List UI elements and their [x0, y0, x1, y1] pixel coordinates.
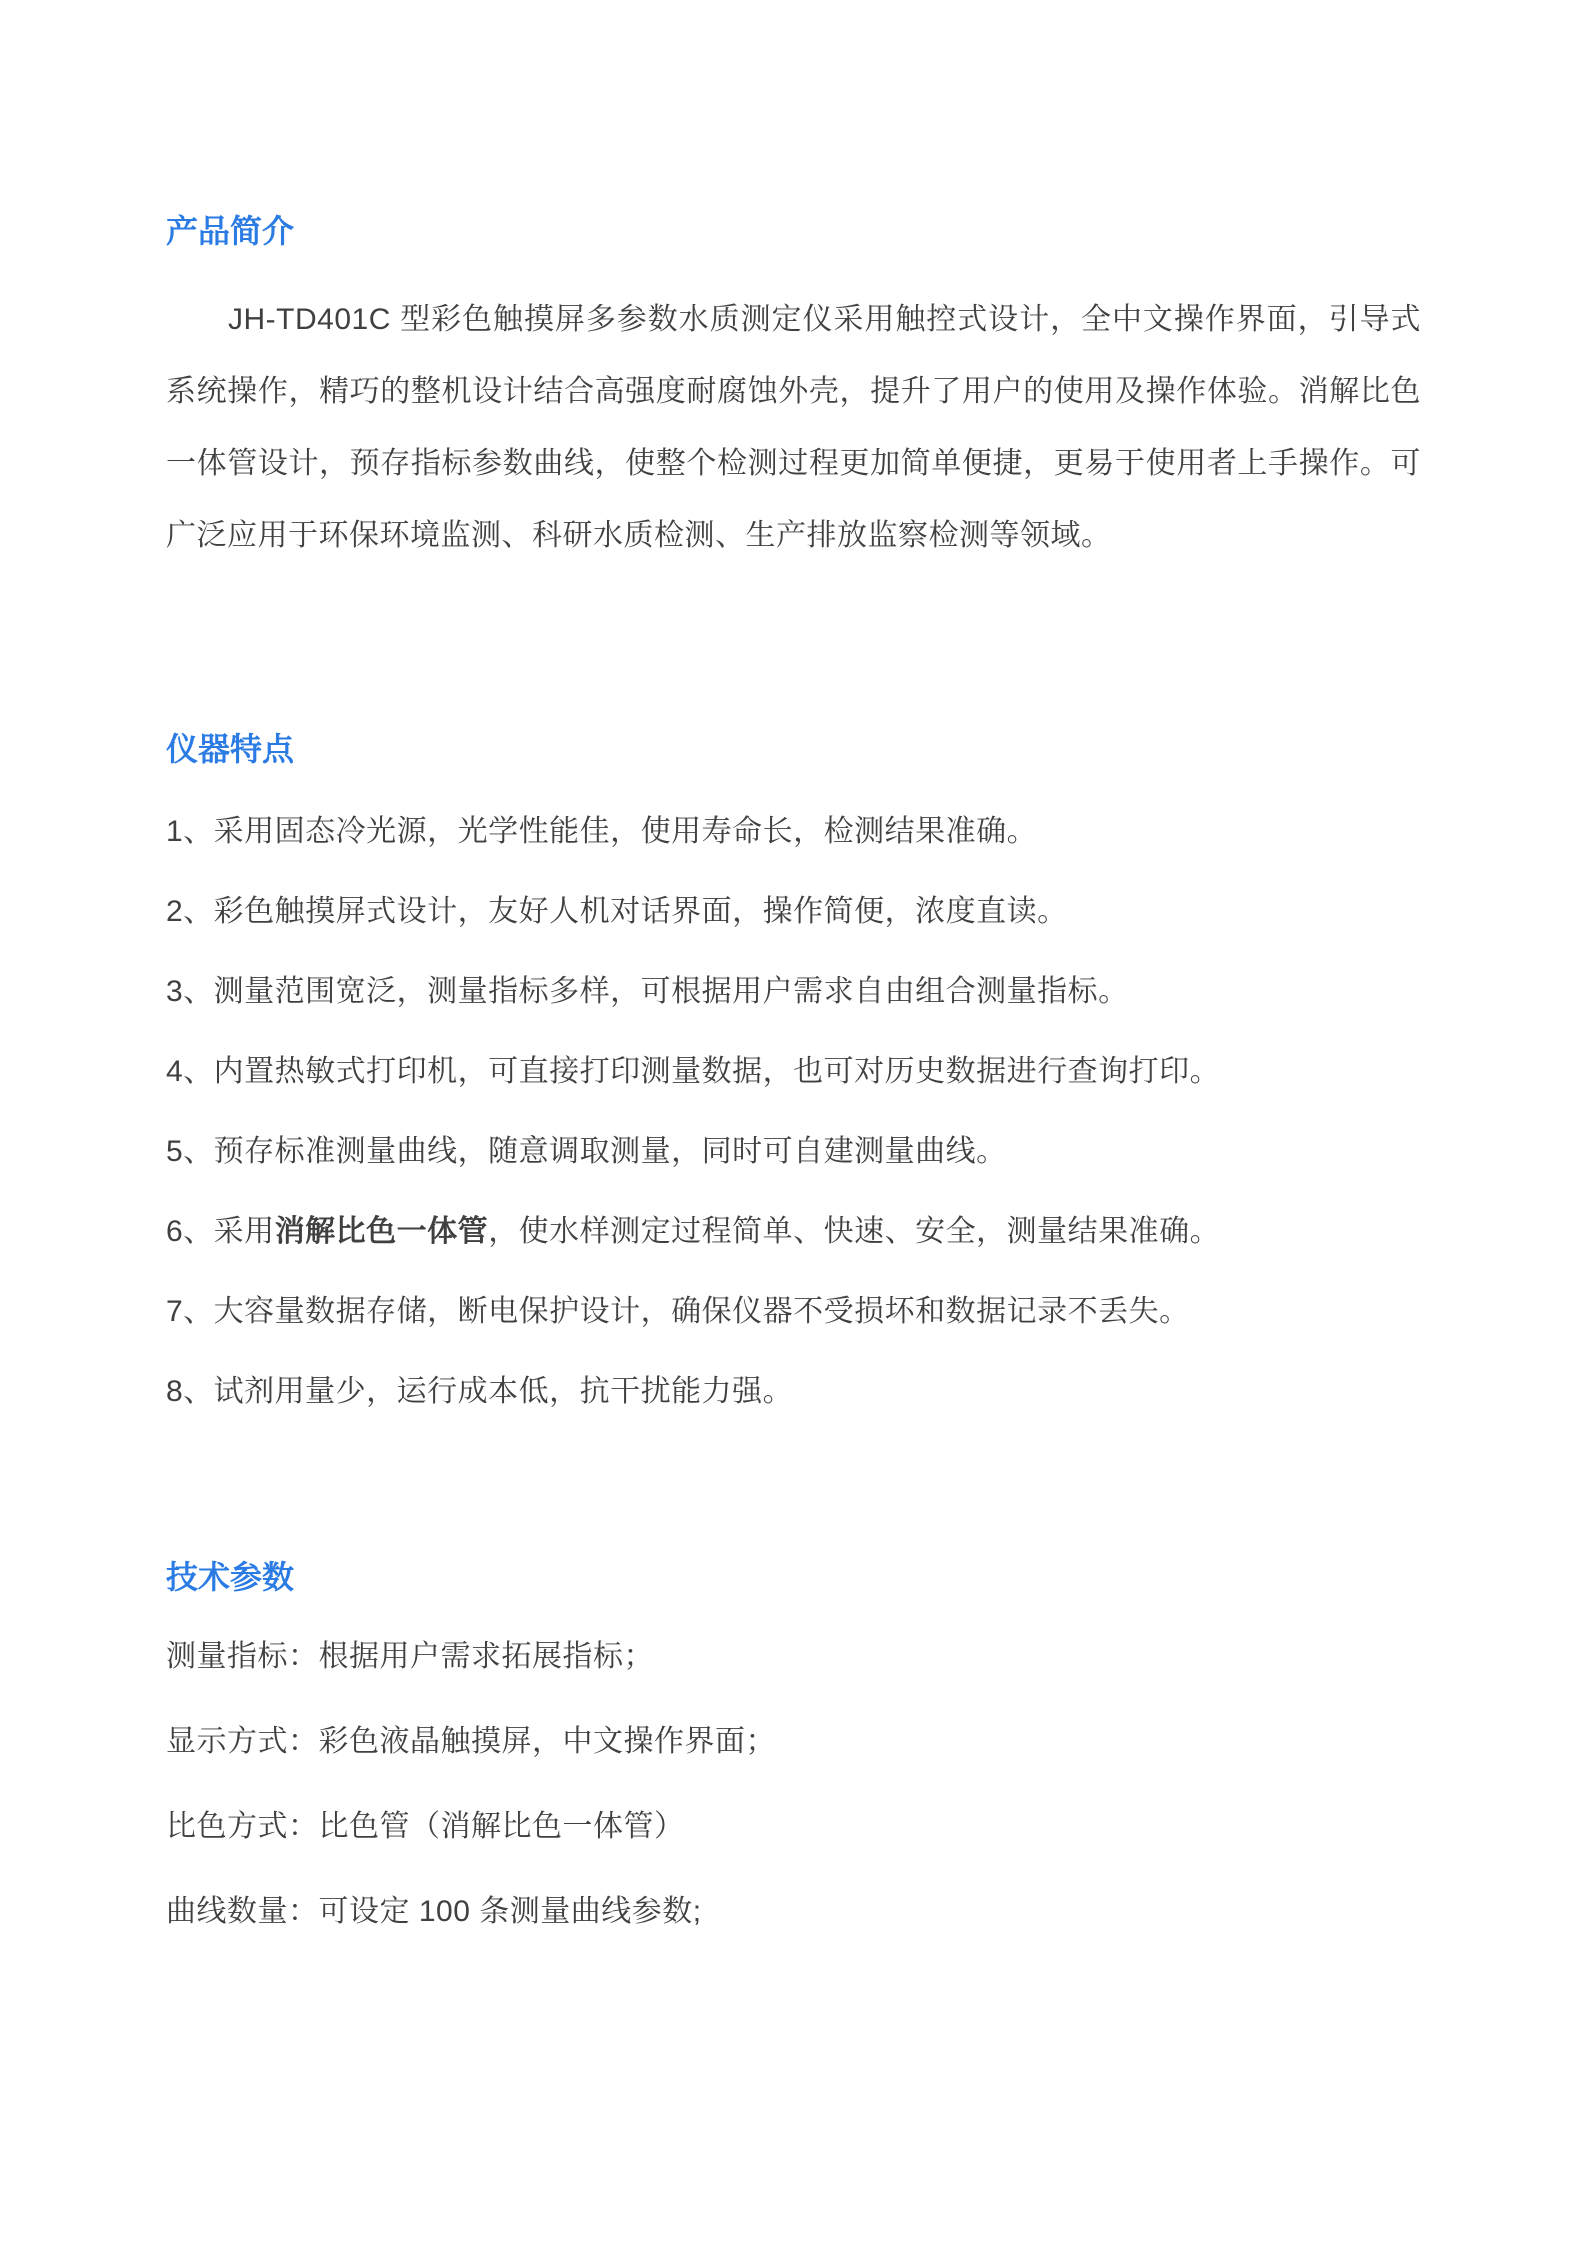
section-features: 仪器特点 1、采用固态冷光源，光学性能佳，使用寿命长，检测结果准确。 2、彩色触…: [166, 730, 1421, 1432]
section-technical-params: 技术参数 测量指标：根据用户需求拓展指标； 显示方式：彩色液晶触摸屏，中文操作界…: [166, 1558, 1421, 1954]
feature-item-8: 8、试剂用量少，运行成本低，抗干扰能力强。: [166, 1352, 1421, 1432]
product-intro-paragraph: JH-TD401C 型彩色触摸屏多参数水质测定仪采用触控式设计，全中文操作界面，…: [166, 284, 1421, 572]
features-heading: 仪器特点: [166, 730, 1421, 768]
product-intro-heading: 产品简介: [166, 212, 1421, 250]
param-row-curve-count: 曲线数量：可设定 100 条测量曲线参数;: [166, 1869, 1421, 1954]
param-row-measure-index: 测量指标：根据用户需求拓展指标；: [166, 1614, 1421, 1699]
feature-item-6-suffix: ，使水样测定过程简单、快速、安全，测量结果准确。: [488, 1215, 1220, 1248]
feature-item-6-bold-term: 消解比色一体管: [275, 1215, 489, 1248]
param-rows: 测量指标：根据用户需求拓展指标； 显示方式：彩色液晶触摸屏，中文操作界面； 比色…: [166, 1614, 1421, 1954]
param-row-display-mode: 显示方式：彩色液晶触摸屏，中文操作界面；: [166, 1699, 1421, 1784]
feature-item-4: 4、内置热敏式打印机，可直接打印测量数据，也可对历史数据进行查询打印。: [166, 1032, 1421, 1112]
feature-item-3: 3、测量范围宽泛，测量指标多样，可根据用户需求自由组合测量指标。: [166, 952, 1421, 1032]
param-row-colorimetric-mode: 比色方式：比色管（消解比色一体管）: [166, 1784, 1421, 1869]
feature-item-2: 2、彩色触摸屏式设计，友好人机对话界面，操作简便，浓度直读。: [166, 872, 1421, 952]
feature-item-5: 5、预存标准测量曲线，随意调取测量，同时可自建测量曲线。: [166, 1112, 1421, 1192]
feature-list: 1、采用固态冷光源，光学性能佳，使用寿命长，检测结果准确。 2、彩色触摸屏式设计…: [166, 792, 1421, 1432]
feature-item-1: 1、采用固态冷光源，光学性能佳，使用寿命长，检测结果准确。: [166, 792, 1421, 872]
document-page: 产品简介 JH-TD401C 型彩色触摸屏多参数水质测定仪采用触控式设计，全中文…: [0, 0, 1587, 2245]
feature-item-7: 7、大容量数据存储，断电保护设计，确保仪器不受损坏和数据记录不丢失。: [166, 1272, 1421, 1352]
feature-item-6-prefix: 6、采用: [166, 1215, 275, 1248]
section-product-intro: 产品简介 JH-TD401C 型彩色触摸屏多参数水质测定仪采用触控式设计，全中文…: [166, 212, 1421, 572]
technical-params-heading: 技术参数: [166, 1558, 1421, 1596]
feature-item-6: 6、采用消解比色一体管，使水样测定过程简单、快速、安全，测量结果准确。: [166, 1192, 1421, 1272]
